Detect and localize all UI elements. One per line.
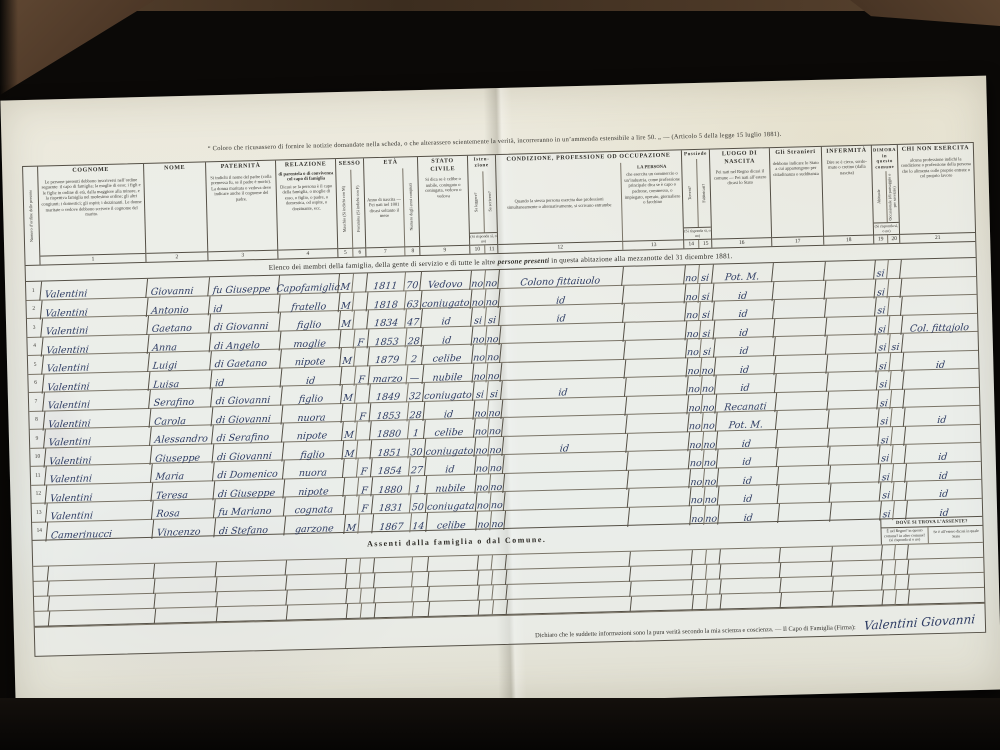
cell-n: 5 (28, 356, 42, 374)
cell-infermita (825, 353, 877, 373)
cell-nascita: id (713, 356, 775, 376)
col-terreni-num: 14 (684, 240, 698, 248)
cell-relazione: nipote (281, 422, 343, 442)
cell-anno: 1834 (366, 309, 406, 329)
cell-persona (624, 395, 688, 415)
cell-nome: Serafino (148, 388, 212, 408)
cell-nome: Maria (150, 462, 214, 482)
col-istruzione-title: Istru-zione (468, 155, 495, 171)
col-possiede-note: (Si risponda sì, o no) (684, 227, 711, 239)
cell-nome: Carola (149, 407, 213, 427)
col-sesso: SESSO Maschio (Si indichi con M) Femmina… (335, 158, 365, 257)
cell-anno (373, 572, 412, 588)
cell-relazione: nuora (281, 404, 343, 424)
cell-n (34, 612, 48, 626)
cell-cognome: Valentini (39, 279, 147, 300)
list-title-post: in questa abitazione alla mezzanotte del… (549, 252, 733, 265)
cell-mantenuto: id (904, 443, 982, 463)
cell-straniero (772, 299, 826, 319)
cell-straniero (772, 317, 826, 337)
cell-infermita (828, 445, 880, 465)
declaration-text: Dichiaro che le suddette informazioni so… (535, 624, 856, 639)
cell-persona (623, 358, 687, 378)
cell-n: 6 (28, 374, 42, 392)
col-fabbricati-label: Fabbricati? (702, 184, 707, 203)
cell-professione (502, 452, 628, 474)
cell-cognome (48, 609, 155, 627)
cell-stato (427, 571, 478, 587)
cell-anno: 1867 (371, 513, 411, 533)
cell-stato: coniugato (423, 437, 475, 457)
cell-professione: Colono fittaiuolo (497, 267, 623, 289)
col-stranieri: Gli Stranieri debbono indicare lo Stato … (769, 147, 823, 246)
cell-nome: Giuseppe (149, 444, 213, 464)
col-sesso-m-num: 5 (338, 249, 352, 257)
cell-anni: 50 (409, 494, 427, 513)
cell-anni: 28 (405, 327, 423, 346)
cell-straniero (771, 262, 825, 282)
cell-mantenuto: id (901, 350, 979, 370)
cell-straniero (778, 547, 831, 563)
cell-relazione: cognata (283, 496, 345, 516)
cell-nome: Alessandro (149, 425, 213, 445)
cell-nascita: id (714, 374, 776, 394)
cell-infermita (824, 297, 876, 317)
col-dimora-title: DIMORA in questo comune (872, 145, 898, 172)
cell-anno: 1851 (369, 439, 409, 459)
cell-infermita (829, 501, 881, 521)
col-abituale-num: 19 (874, 235, 887, 243)
cell-relazione: figlio (281, 441, 343, 461)
head-of-family-signature: Valentini Giovanni (863, 612, 975, 633)
cell-anno (374, 602, 413, 618)
cell-anni: 30 (407, 438, 425, 457)
cell-paternita: fu Giuseppe (207, 276, 279, 296)
cell-professione: id (500, 378, 626, 400)
cell-stato: coniugata (425, 493, 477, 513)
cell-straniero (776, 447, 830, 467)
photo-of-census-sheet: { "photo": { "background_color": "#0b090… (0, 0, 1000, 750)
cell-persona (629, 580, 692, 597)
cell-persona (630, 595, 693, 612)
col-nome-num: 2 (146, 251, 207, 262)
col-relazione-desc: Dicasi se la persona è il capo della fam… (277, 181, 337, 215)
cell-mantenuto (908, 588, 985, 605)
cell-mantenuto: id (905, 480, 983, 500)
cell-persona (623, 339, 687, 359)
cell-relazione: nipote (279, 348, 341, 368)
col-eta-anni-label: Numero degli anni compiuti (409, 183, 415, 230)
cell-anno: 1831 (371, 494, 411, 514)
cell-persona (622, 284, 686, 304)
cell-cognome: Valentini (44, 464, 152, 485)
cell-mantenuto: id (905, 498, 983, 518)
cell-anno: 1853 (367, 328, 407, 348)
cell-anni: 32 (406, 383, 424, 402)
cell-straniero (773, 354, 827, 374)
cell-n: 8 (29, 411, 43, 429)
cell-straniero (780, 592, 833, 608)
cell-persona (623, 321, 687, 341)
cell-nascita: Pot. M. (711, 263, 773, 283)
cell-persona (626, 469, 690, 489)
cell-relazione (285, 574, 346, 591)
cell-straniero (775, 428, 829, 448)
cell-straniero (779, 577, 832, 593)
cell-nome: Luisa (148, 370, 212, 390)
cell-n: 14 (32, 522, 46, 540)
cell-professione (503, 489, 629, 511)
cell-cognome: Camerinucci (45, 519, 153, 540)
absent-box-estero: Se è all’estero dicasi in quale Stato (927, 526, 983, 543)
cell-stato: nubile (422, 363, 474, 383)
col-ordine-label: Numero d’ordine delle persone (28, 190, 34, 242)
cell-straniero (773, 336, 827, 356)
book-cover-corner-left (0, 0, 155, 95)
cell-nome: Antonio (146, 296, 210, 316)
cell-infermita (831, 575, 882, 591)
cell-mantenuto (902, 387, 980, 407)
cell-anno (373, 587, 412, 603)
cell-paternita: di Domenico (212, 461, 284, 481)
cell-anno: 1853 (368, 402, 408, 422)
cell-mantenuto (902, 369, 980, 389)
cell-nascita: Pot. M. (715, 411, 777, 431)
cell-n (33, 567, 47, 581)
cell-anno: 1880 (370, 476, 410, 496)
cell-relazione: figlio (280, 385, 342, 405)
cell-mantenuto: id (904, 461, 982, 481)
col-sesso-f-label: Femmina (Si indichi con F) (356, 185, 362, 231)
cell-straniero (774, 373, 828, 393)
photo-bottom-shadow (0, 698, 1000, 750)
cell-cognome: Valentini (43, 427, 151, 448)
cell-n: 9 (30, 430, 44, 448)
cell-paternita: di Giovanni (210, 387, 282, 407)
cell-relazione: Capofamiglia (277, 274, 339, 294)
cell-nascita: id (712, 300, 774, 320)
cell-stato: id (421, 326, 473, 346)
col-condizione-group: CONDIZIONE, PROFESSIONE OD OCCUPAZIONE Q… (495, 150, 683, 253)
cell-nascita: Recanati (714, 393, 776, 413)
cell-professione: id (498, 304, 624, 326)
cell-nascita (720, 593, 781, 610)
cell-stato: id (420, 308, 472, 328)
cell-cognome: Valentini (45, 501, 153, 522)
cell-persona (626, 450, 690, 470)
cell-mantenuto (903, 424, 981, 444)
cell-nome: Anna (147, 333, 211, 353)
cell-relazione: figlio (278, 311, 340, 331)
cell-anni (411, 572, 428, 587)
col-istruzione-note: (Si risponda sì, o no) (470, 232, 497, 244)
col-nascita-desc: Pei nati nel Regno dicasi il comune — Pe… (710, 166, 770, 188)
col-infermita-num: 18 (824, 235, 873, 245)
col-persona-num: 13 (622, 240, 684, 250)
cell-stato: Vedovo (419, 271, 471, 291)
cell-straniero (779, 562, 832, 578)
list-title-pre: Elenco dei membri della famiglia, della … (269, 258, 498, 272)
cell-straniero (776, 465, 830, 485)
col-condizione-desc: Quando la stessa persona esercita due pr… (497, 194, 621, 212)
cell-professione (501, 415, 627, 437)
cell-persona (621, 265, 685, 285)
absent-location-box: DOVE SI TROVA L’ASSENTE? È nel Regno? in… (880, 517, 983, 545)
cell-anni (412, 602, 429, 617)
cell-stato: celibe (425, 511, 477, 531)
cell-stato (428, 601, 479, 617)
cell-nome: Giovanni (145, 277, 209, 297)
cell-nome (154, 607, 217, 624)
col-paternita: PATERNITÀ Si indichi il nome del padre (… (205, 161, 277, 261)
cell-relazione: moglie (279, 330, 341, 350)
cell-straniero (777, 484, 831, 504)
cell-anni: 14 (409, 512, 427, 531)
cell-n: 13 (32, 504, 46, 522)
cell-mantenuto (899, 258, 977, 278)
cell-paternita: di Giovanni (211, 442, 283, 462)
cell-cognome: Valentini (42, 390, 150, 411)
cell-stato: celibe (423, 419, 475, 439)
cell-nascita: id (717, 504, 779, 524)
cell-nome: Teresa (150, 481, 214, 501)
cell-mantenuto (900, 276, 978, 296)
col-occasionale-label: Occasionale (di passaggio o per servizio… (888, 171, 899, 223)
cell-anni: 1 (408, 475, 426, 494)
book-cover-corner-right (850, 0, 1000, 26)
cell-relazione: garzone (283, 514, 345, 534)
cell-paternita: id (210, 368, 282, 388)
col-sesso-m-label: Maschio (Si indichi con M) (341, 185, 347, 231)
absent-box-regno: È nel Regno? in questo comune? in altro … (881, 527, 927, 544)
cell-anni: — (406, 364, 424, 383)
col-abituale-label: Abituale (877, 190, 882, 205)
cell-relazione: nuora (282, 459, 344, 479)
cell-mantenuto: Col. fittajolo (900, 313, 978, 333)
cell-persona (625, 432, 689, 452)
cell-infermita (832, 590, 883, 606)
cell-persona (627, 506, 691, 526)
col-nome: NOME 2 (143, 162, 207, 262)
cell-persona (624, 376, 688, 396)
cell-professione (503, 507, 629, 529)
cell-infermita (829, 482, 881, 502)
col-stato-desc: Si dica se è celibe o nubile, coniugato … (418, 174, 468, 202)
cell-n: 10 (30, 448, 44, 466)
census-table: Numero d’ordine delle persone COGNOME Le… (22, 142, 986, 657)
cell-nome (153, 592, 216, 609)
col-stato-civile: STATO CIVILE Si dica se è celibe o nubil… (417, 156, 469, 255)
cell-nome (153, 562, 216, 579)
cell-straniero (777, 502, 831, 522)
cell-anni: 1 (407, 420, 425, 439)
col-stato-title: STATO CIVILE (418, 156, 467, 175)
col-stato-num: 9 (420, 245, 469, 255)
cell-anno: 1811 (365, 272, 405, 292)
cell-infermita (824, 279, 876, 299)
cell-stato: celibe (421, 345, 473, 365)
cell-persona (627, 487, 691, 507)
cell-nome: Luigi (147, 351, 211, 371)
cell-anni: 28 (406, 401, 424, 420)
col-terreni-label: Terreni? (687, 186, 692, 200)
cell-anno (373, 557, 412, 573)
cell-anni: 47 (404, 309, 422, 328)
cell-n: 12 (31, 485, 45, 503)
cell-infermita (826, 371, 878, 391)
cell-n (34, 582, 48, 596)
cell-nascita: id (713, 319, 775, 339)
cell-nascita: id (716, 448, 778, 468)
cell-paternita: di Serafino (211, 424, 283, 444)
cell-persona (629, 565, 692, 582)
cell-paternita: id (208, 294, 280, 314)
cell-infermita (831, 560, 882, 576)
cell-nascita (719, 578, 780, 595)
cell-anno: marzo (368, 365, 408, 385)
cell-relazione: id (280, 367, 342, 387)
col-relazione-num: 4 (278, 248, 337, 258)
cell-mantenuto (901, 332, 979, 352)
cell-infermita (827, 427, 879, 447)
cell-nome (153, 577, 216, 594)
cell-anno: 1818 (366, 291, 406, 311)
cell-nascita: id (715, 430, 777, 450)
cell-anno: 1879 (367, 346, 407, 366)
col-cognome-desc: Le persone presenti debbono inscriversi … (38, 174, 144, 220)
cell-straniero (774, 391, 828, 411)
col-infermita-desc: Dire se è cieco, sordo-muto o cretino (d… (822, 156, 872, 178)
cell-stato: coniugato (420, 289, 472, 309)
col-nome-title: NOME (144, 162, 205, 174)
absent-title: Assenti dalla famiglia o dal Comune. (367, 535, 547, 549)
rows-container: 1ValentiniGiovannifu GiuseppeCapofamigli… (26, 258, 982, 541)
col-stranieri-desc: debbono indicare lo Stato a cui apparten… (770, 157, 822, 179)
col-esercita-num: 21 (900, 232, 975, 243)
cell-relazione: nipote (282, 477, 344, 497)
cell-persona (625, 413, 689, 433)
col-sa-leggere-num: 10 (470, 245, 484, 253)
census-sheet-paper: “ Coloro che ricusassero di fornire le n… (0, 76, 1000, 715)
cell-persona (628, 550, 691, 567)
cell-n: 11 (31, 467, 45, 485)
cell-straniero (772, 280, 826, 300)
cell-stato: coniugato (422, 382, 474, 402)
cell-paternita (216, 606, 287, 623)
cell-paternita: di Giovanni (208, 313, 280, 333)
col-paternita-desc: Si indichi il nome del padre (colla prem… (206, 171, 276, 205)
col-paternita-num: 3 (208, 250, 277, 261)
cell-relazione (286, 604, 347, 621)
cell-nascita (719, 563, 780, 580)
cell-paternita: di Giuseppe (212, 479, 284, 499)
cell-cognome: Valentini (40, 316, 148, 337)
col-dimora-note: (Si risponda sì, o no) (874, 222, 899, 234)
col-dimora: DIMORA in questo comune Abituale Occasio… (871, 145, 899, 244)
cell-paternita: di Angelo (209, 331, 281, 351)
cell-anni (411, 587, 428, 602)
cell-nome: Vincenzo (151, 518, 215, 538)
cell-stato (427, 556, 478, 572)
col-nascita-num: 16 (712, 237, 771, 247)
cell-n: 3 (27, 319, 41, 337)
col-esercita-desc: alcuna professione indichi la condizione… (898, 153, 974, 181)
col-sesso-title: SESSO (336, 158, 363, 169)
col-cognome: COGNOME Le persone presenti debbono insc… (37, 164, 145, 265)
col-nascita-title: LUOGO DI NASCITA (710, 148, 769, 167)
col-eta-anno-num: 7 (366, 247, 404, 256)
cell-anno: 1854 (370, 457, 410, 477)
col-nascita: LUOGO DI NASCITA Pei nati nel Regno dica… (709, 148, 771, 247)
cell-nascita: id (716, 467, 778, 487)
cell-stato: id (424, 456, 476, 476)
cell-stato: id (422, 400, 474, 420)
col-eta-anno-label: Anno di nascita — Pei nati nel 1881 dica… (365, 194, 404, 221)
cell-anni (411, 557, 428, 572)
cell-relazione (285, 559, 346, 576)
cell-professione (499, 341, 625, 363)
col-istruzione: Istru-zione Sa leggere? Sa scrivere? (Si… (467, 155, 497, 254)
col-stranieri-num: 17 (772, 236, 823, 246)
col-possiede: Possiede Terreni? Fabbricati? (Si rispon… (681, 150, 711, 249)
cell-infermita (823, 260, 875, 280)
cell-mantenuto (900, 295, 978, 315)
col-sa-leggere-label: Sa leggere? (474, 192, 479, 212)
col-eta-anni-num: 8 (404, 247, 420, 255)
cell-nascita: id (713, 337, 775, 357)
cell-nascita: id (712, 282, 774, 302)
col-esercita: CHI NON ESERCITA alcuna professione indi… (897, 143, 975, 243)
cell-infermita (825, 334, 877, 354)
cell-relazione: fratello (278, 293, 340, 313)
cell-anni: 70 (403, 272, 421, 291)
col-sa-scrivere-label: Sa scrivere? (488, 191, 493, 211)
col-relazione: RELAZIONE di parentela o di convivenza c… (275, 159, 337, 258)
cell-anni: 63 (404, 290, 422, 309)
cell-infermita (827, 408, 879, 428)
cell-infermita (830, 545, 881, 561)
col-infermita: INFERMITÀ Dire se è cieco, sordo-muto o … (821, 146, 873, 245)
list-title-emphasis: persone presenti (497, 257, 549, 266)
cell-cognome: Valentini (41, 353, 149, 374)
cell-infermita (824, 316, 876, 336)
cell-persona (622, 302, 686, 322)
cell-nascita (718, 548, 779, 565)
cell-paternita: di Giovanni (211, 405, 283, 425)
cell-mantenuto: id (903, 406, 981, 426)
cell-straniero (775, 410, 829, 430)
cell-n: 4 (27, 337, 41, 355)
cell-anni: 2 (405, 346, 423, 365)
cell-n: 2 (26, 300, 40, 318)
cell-infermita (828, 464, 880, 484)
col-persona-desc: che esercita un commercio o un’industria… (621, 168, 683, 207)
cell-paternita: fu Mariano (213, 498, 285, 518)
cell-n: 7 (29, 393, 43, 411)
cell-nome: Rosa (151, 499, 215, 519)
cell-infermita (826, 390, 878, 410)
cell-anno: 1880 (369, 420, 409, 440)
cell-stato (427, 586, 478, 602)
cell-anno: 1849 (368, 383, 408, 403)
cell-stato: nubile (424, 474, 476, 494)
cell-anni: 27 (408, 457, 426, 476)
cell-paternita: di Gaetano (209, 350, 281, 370)
col-eta: ETÀ Anno di nascita — Pei nati nel 1881 … (363, 157, 419, 256)
cell-n: 1 (26, 282, 40, 300)
cell-relazione (285, 589, 346, 606)
cell-nascita: id (717, 485, 779, 505)
